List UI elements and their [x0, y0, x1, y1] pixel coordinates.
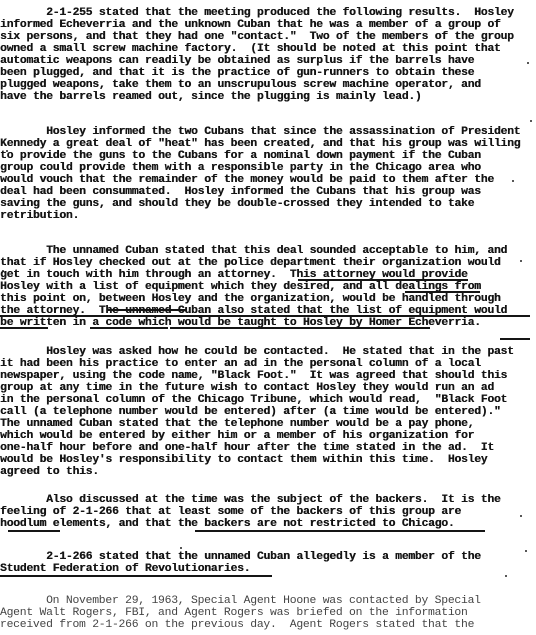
- scan-speck: [180, 547, 182, 549]
- p4-line-9: one-half hour before and one-half hour a…: [0, 442, 494, 454]
- p1-line-2: informed Echeverria and the unknown Cuba…: [0, 19, 501, 31]
- scan-speck: [520, 260, 522, 262]
- p6-line-2: Student Federation of Revolutionaries.: [0, 563, 250, 575]
- p2-line-7: saving the guns, and should they be doub…: [0, 198, 474, 210]
- p4-line-6: call (a telephone number would be entere…: [0, 406, 501, 418]
- scan-speck: [512, 180, 514, 182]
- p1-line-4: owned a small screw machine factory. (It…: [0, 43, 501, 55]
- p2-line-1: Hosley informed the two Cubans that sinc…: [0, 126, 520, 138]
- p4-line-11: agreed to this.: [0, 466, 99, 478]
- scan-speck: [525, 550, 527, 552]
- scan-speck: [2, 270, 4, 272]
- underline-backers: [195, 530, 485, 532]
- document-page: 2-1-255 stated that the meeting produced…: [0, 0, 536, 635]
- scan-speck: [530, 120, 532, 122]
- p2-line-4: group could provide them with a responsi…: [0, 162, 481, 174]
- underline-student-federation: [0, 575, 272, 577]
- p4-line-5: in the personal column of the Chicago Tr…: [0, 394, 507, 406]
- p3-line-2: that if Hosley checked out at the police…: [0, 257, 501, 269]
- underline-attorney: [298, 279, 468, 281]
- p1-line-1: 2-1-255 stated that the meeting produced…: [0, 7, 514, 19]
- p1-line-3: six persons, and that they had one "cont…: [0, 31, 514, 43]
- p4-line-7: The unnamed Cuban stated that the teleph…: [0, 418, 474, 430]
- scan-speck: [520, 515, 522, 517]
- scan-speck: [6, 150, 8, 152]
- underline-taught: [170, 327, 430, 329]
- underline-written: [0, 327, 48, 329]
- p2-line-5: would vouch that the remainder of the mo…: [0, 174, 494, 186]
- p5-line-3: hoodlum elements, and that the backers a…: [0, 518, 454, 530]
- p7-line-2: Agent Walt Rogers, FBI, and Agent Rogers…: [0, 607, 468, 619]
- p1-line-6: been plugged, and that it is the practic…: [0, 67, 474, 79]
- underline-dealings: [405, 291, 475, 293]
- margin-mark: [500, 338, 530, 340]
- p4-line-8: which would be entered by either him or …: [0, 430, 474, 442]
- p5-line-2: feeling of 2-1-266 that at least some of…: [0, 506, 461, 518]
- p3-line-1: The unnamed Cuban stated that this deal …: [0, 245, 507, 257]
- p1-line-8: have the barrels reamed out, since the p…: [0, 91, 421, 103]
- p4-line-2: it had been his practice to enter an ad …: [0, 358, 481, 370]
- p2-line-2: Kennedy a great deal of "heat" has been …: [0, 138, 520, 150]
- p6-line-1: 2-1-266 stated that the unnamed Cuban al…: [0, 551, 481, 563]
- strikethrough-unnamed-cuban: [108, 309, 186, 311]
- p5-line-1: Also discussed at the time was the subje…: [0, 494, 501, 506]
- p7-line-1: On November 29, 1963, Special Agent Hoon…: [0, 595, 481, 607]
- scan-speck: [505, 575, 507, 577]
- p3-line-5: this point on, between Hosley and the or…: [0, 293, 501, 305]
- p4-line-4: group at any time in the future wish to …: [0, 382, 494, 394]
- p1-line-7: plugged weapons, take them to an unscrup…: [0, 79, 481, 91]
- p2-line-6: deal had been consummated. Hosley inform…: [0, 186, 481, 198]
- p4-line-1: Hosley was asked how he could be contact…: [0, 346, 514, 358]
- underline-hoodlum: [8, 530, 60, 532]
- p7-line-3: received from 2-1-266 on the previous da…: [0, 619, 474, 631]
- p4-line-10: would be Hosley's responsibility to cont…: [0, 454, 487, 466]
- p4-line-3: newspaper, using the code name, "Black F…: [0, 370, 507, 382]
- p2-line-8: retribution.: [0, 210, 79, 222]
- p1-line-5: automatic weapons can readily be obtaine…: [0, 55, 474, 67]
- underline-code-line: [0, 315, 530, 317]
- p2-line-3: to provide the guns to the Cubans for a …: [0, 150, 481, 162]
- scan-speck: [527, 62, 529, 64]
- underline-code-which: [90, 327, 168, 329]
